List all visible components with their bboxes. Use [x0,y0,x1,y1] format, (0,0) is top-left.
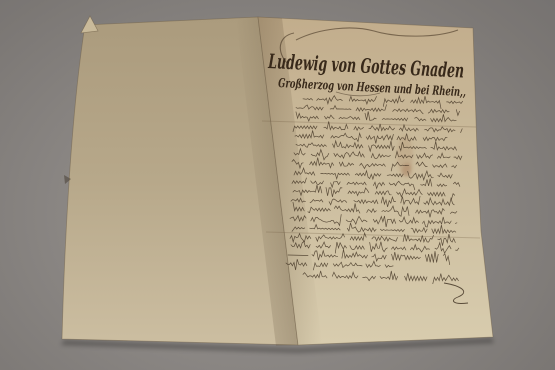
photo-of-document: Ludewig von Gottes Gnaden Großherzog von… [0,0,555,370]
document-photo-canvas: Ludewig von Gottes Gnaden Großherzog von… [0,0,555,370]
